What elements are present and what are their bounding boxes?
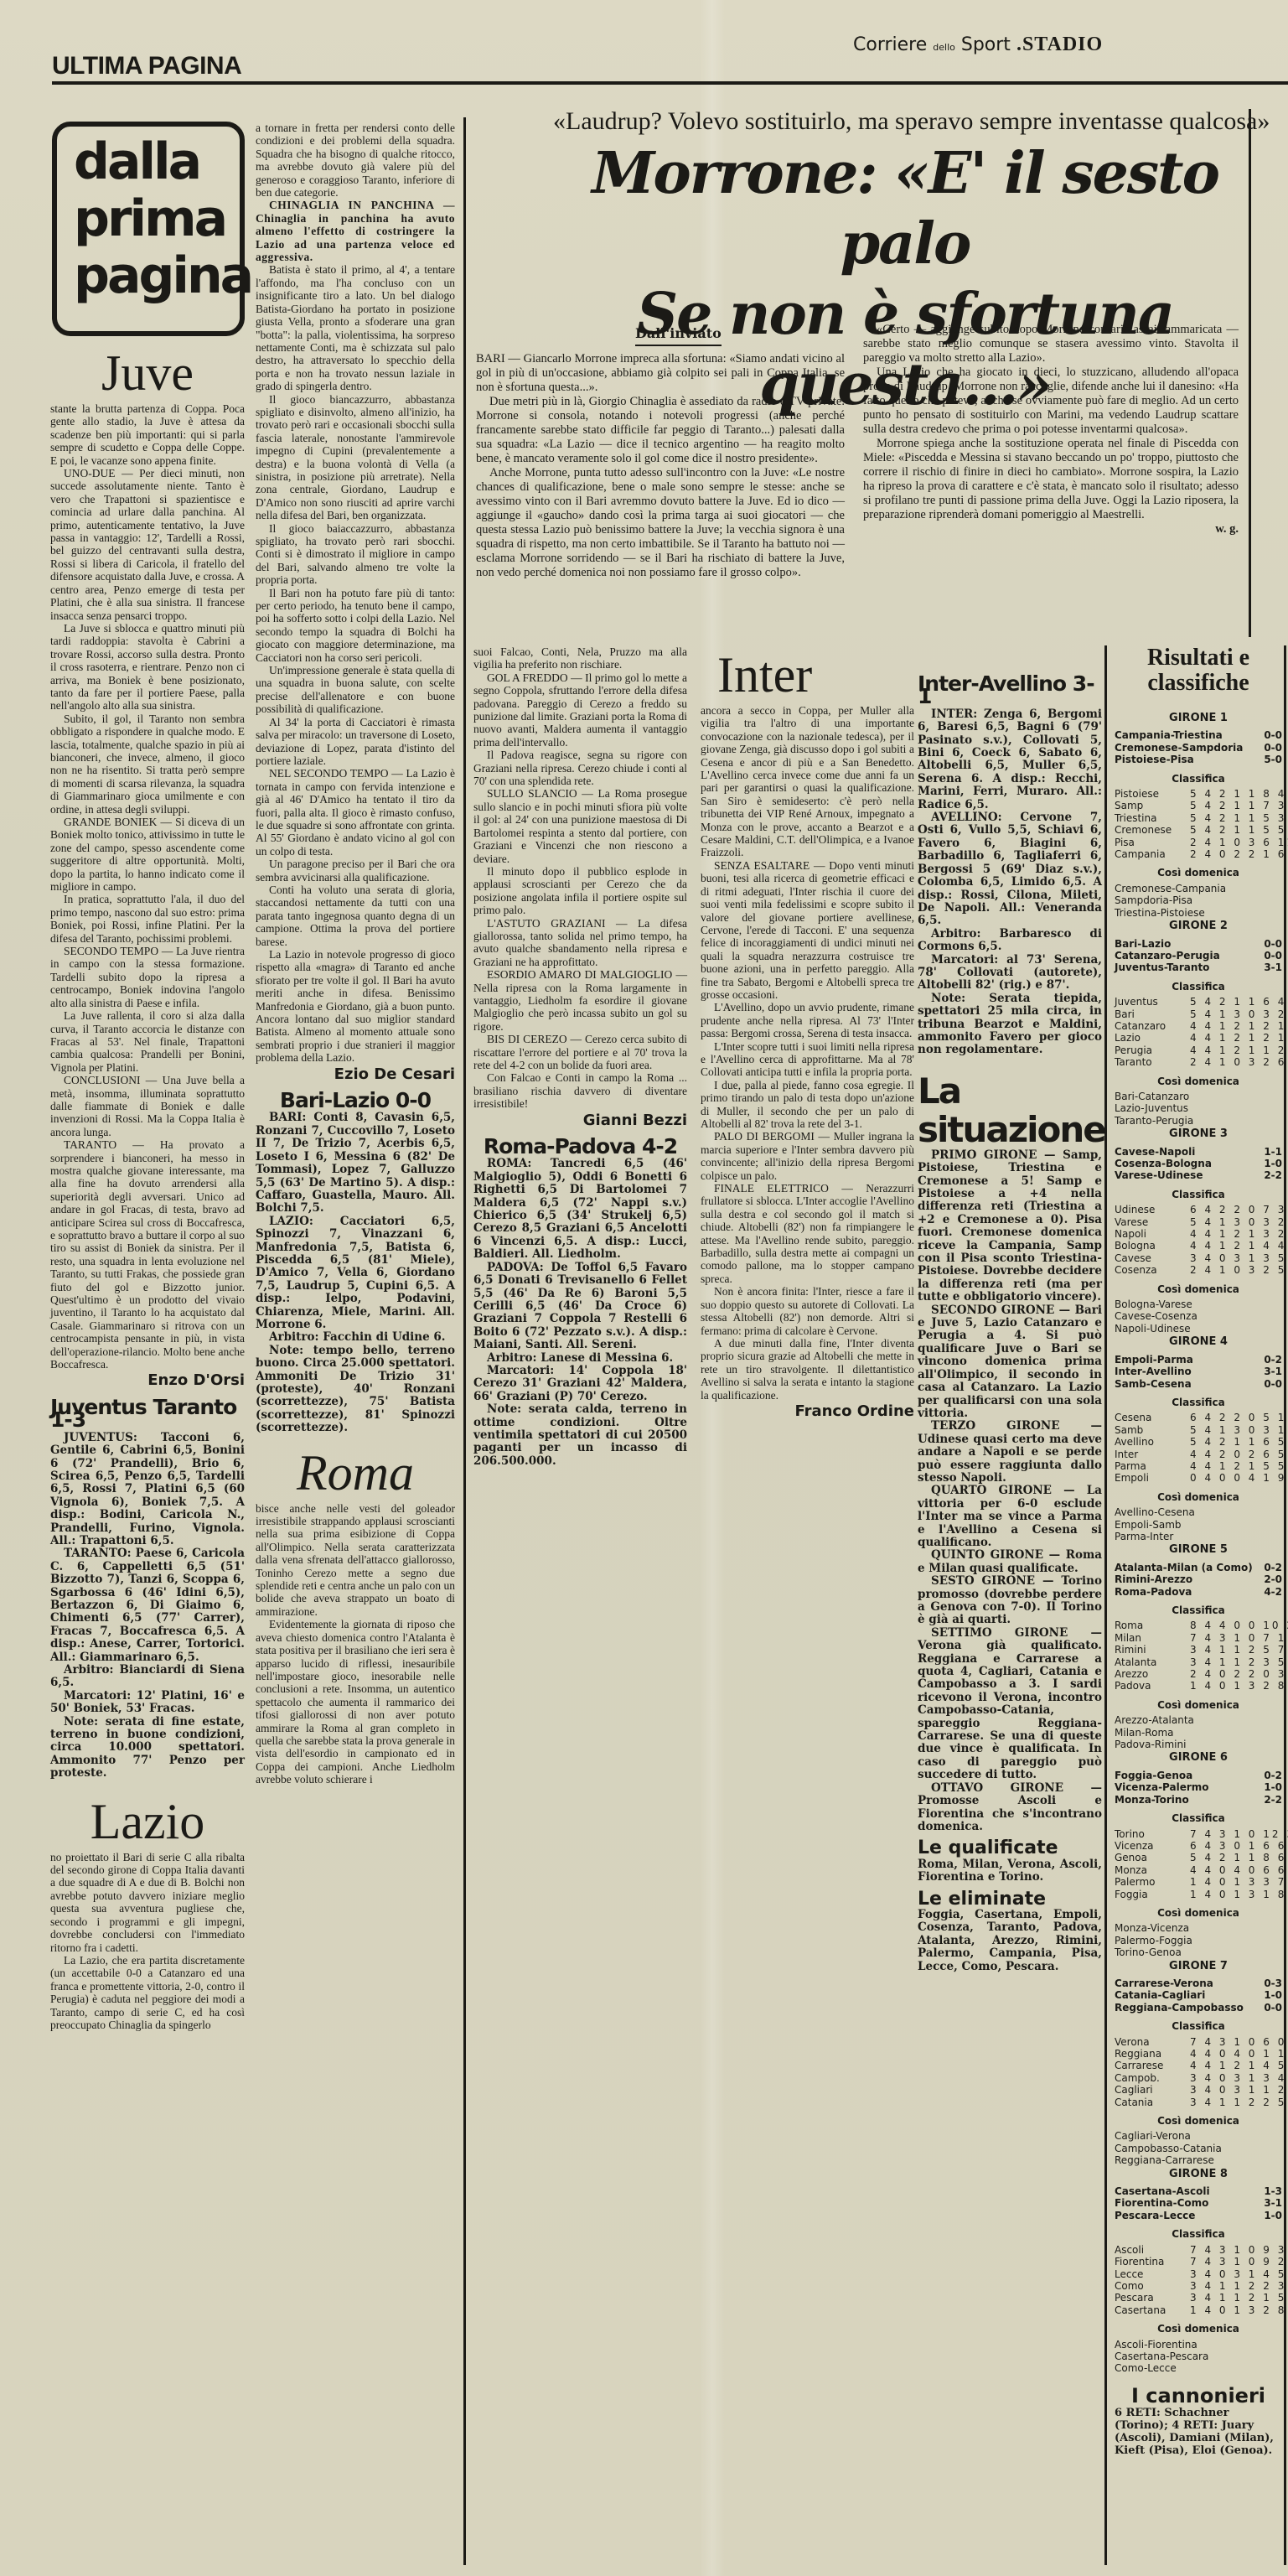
- match-name: Casertana-Ascoli: [1115, 2185, 1210, 2197]
- next-match: Como-Lecce: [1115, 2362, 1282, 2374]
- result-row: Varese-Udinese2-2: [1115, 1169, 1282, 1181]
- girone-summary: SESTO GIRONE — Torino promosso (dovrebbe…: [918, 1575, 1102, 1627]
- result-row: Inter-Avellino3-1: [1115, 1366, 1282, 1377]
- match-name: Vicenza-Palermo: [1115, 1781, 1209, 1793]
- next-match: Palermo-Foggia: [1115, 1935, 1282, 1946]
- title-line: Risultati e: [1119, 645, 1278, 671]
- team-stats: 4 4 0 4 0 6 6: [1190, 1864, 1282, 1876]
- lineup: TARANTO: Paese 6, Caricola C. 6, Cappell…: [50, 1547, 245, 1664]
- girone-block: GIRONE 8Casertana-Ascoli1-3Fiorentina-Co…: [1115, 2169, 1282, 2375]
- inter-column: Inter ancora a secco in Coppa, per Mulle…: [701, 645, 914, 1424]
- standings-row: Cavese3 4 0 3 1 3 5: [1115, 1252, 1282, 1264]
- article-paragraph: FINALE ELETTRICO — Nerazzurri frullatore…: [701, 1182, 914, 1285]
- team-name: Vicenza: [1115, 1840, 1154, 1852]
- box-title: Inter-Avellino 3-1: [918, 677, 1102, 703]
- article-paragraph: L'Inter scopre tutti i suoi limiti nella…: [701, 1040, 914, 1079]
- team-name: Campania: [1115, 848, 1166, 860]
- match-score: 1-3: [1264, 2185, 1282, 2197]
- lineup: LAZIO: Cacciatori 6,5, Spinozzi 7, Vinaz…: [256, 1215, 455, 1332]
- team-name: Perugia: [1115, 1044, 1152, 1056]
- result-row: Bari-Lazio0-0: [1115, 938, 1282, 950]
- team-stats: 2 4 0 2 2 1 6: [1190, 848, 1282, 860]
- inter-title: Inter: [701, 645, 914, 704]
- eliminate-title: Le eliminate: [918, 1893, 1102, 1905]
- girone-block: GIRONE 7Carrarese-Verona0-3Catania-Cagli…: [1115, 1961, 1282, 2167]
- team-stats: 0 4 0 0 4 1 9: [1190, 1472, 1282, 1484]
- team-name: Varese: [1115, 1216, 1148, 1228]
- team-stats: 5 4 2 1 1 5 5: [1190, 824, 1282, 836]
- team-stats: 3 4 0 3 1 4 5: [1190, 2268, 1282, 2280]
- byline: Gianni Bezzi: [473, 1111, 687, 1133]
- story-kicker: «Laudrup? Volevo sostituirlo, ma speravo…: [553, 107, 1270, 136]
- team-stats: 3 4 1 1 2 1 5: [1190, 2292, 1282, 2304]
- result-row: Juventus-Taranto3-1: [1115, 961, 1282, 973]
- main-story-col1: BARI — Giancarlo Morrone impreca alla sf…: [476, 352, 845, 580]
- team-name: Palermo: [1115, 1876, 1156, 1888]
- team-stats: 4 4 1 2 1 5 5: [1190, 1460, 1282, 1472]
- team-stats: 2 4 1 0 3 2 5: [1190, 1264, 1282, 1276]
- classifica-heading: Classifica: [1115, 1397, 1282, 1408]
- standings-row: Catanzaro4 4 1 2 1 2 1: [1115, 1020, 1282, 1032]
- article-paragraph: Un'impressione generale è stata quella d…: [256, 664, 455, 716]
- standings-row: Casertana1 4 0 1 3 2 8: [1115, 2304, 1282, 2316]
- next-match: Campobasso-Catania: [1115, 2143, 1282, 2154]
- column-rule: [1249, 109, 1251, 637]
- next-match: Padova-Rimini: [1115, 1739, 1282, 1750]
- cannonieri-text: 6 RETI: Schachner (Torino); 4 RETI: Juar…: [1115, 2407, 1282, 2457]
- juve-title: Juve: [50, 344, 245, 402]
- newspaper-page: ULTIMA PAGINA Corriere dello Sport .STAD…: [0, 0, 1288, 2576]
- girone-summary: SECONDO GIRONE — Bari e Juve 5, Lazio Ca…: [918, 1304, 1102, 1421]
- standings-row: Udinese6 4 2 2 0 7 3: [1115, 1204, 1282, 1215]
- standings-row: Catania3 4 1 1 2 2 5: [1115, 2097, 1282, 2108]
- team-stats: 5 4 2 1 1 7 3: [1190, 800, 1282, 811]
- match-name: Reggiana-Campobasso: [1115, 2002, 1244, 2014]
- team-stats: 6 4 3 0 1 6 6: [1190, 1840, 1282, 1852]
- team-name: Atalanta: [1115, 1656, 1156, 1668]
- referee: Arbitro: Bianciardi di Siena 6,5.: [50, 1664, 245, 1690]
- next-match: Torino-Genoa: [1115, 1946, 1282, 1958]
- team-name: Como: [1115, 2280, 1144, 2292]
- notes: Note: Serata tiepida, spettatori 25 mila…: [918, 993, 1102, 1057]
- match-name: Inter-Avellino: [1115, 1366, 1192, 1377]
- match-name: Foggia-Genoa: [1115, 1770, 1192, 1781]
- team-stats: 3 4 1 1 2 2 5: [1190, 2097, 1282, 2108]
- dateline: Dall'inviato: [635, 325, 722, 346]
- result-row: Reggiana-Campobasso0-0: [1115, 2002, 1282, 2014]
- result-row: Cavese-Napoli1-1: [1115, 1146, 1282, 1158]
- result-row: Atalanta-Milan (a Como)0-2: [1115, 1562, 1282, 1573]
- team-stats: 5 4 1 3 0 3 2: [1190, 1008, 1282, 1020]
- team-stats: 8 4 4 0 0 10 2: [1190, 1620, 1282, 1631]
- column-rule: [1104, 645, 1107, 2565]
- byline: Franco Ordine: [701, 1402, 914, 1424]
- article-paragraph: Con Falcao e Conti in campo la Roma ... …: [473, 1071, 687, 1110]
- team-stats: 7 4 3 1 0 6 0: [1190, 2036, 1282, 2048]
- standings-row: Torino7 4 3 1 0 12 3: [1115, 1828, 1282, 1840]
- next-round-heading: Così domenica: [1115, 1699, 1282, 1711]
- lineup: BARI: Conti 8, Cavasin 6,5, Ronzani 7, C…: [256, 1112, 455, 1215]
- standings-row: Campania2 4 0 2 2 1 6: [1115, 848, 1282, 860]
- inter-avellino-column: Inter-Avellino 3-1 INTER: Zenga 6, Bergo…: [918, 671, 1102, 1973]
- team-name: Monza: [1115, 1864, 1147, 1876]
- match-name: Catania-Cagliari: [1115, 1989, 1205, 2001]
- match-name: Monza-Torino: [1115, 1794, 1189, 1806]
- team-stats: 5 4 2 1 1 6 4: [1190, 996, 1282, 1008]
- result-row: Rimini-Arezzo2-0: [1115, 1573, 1282, 1585]
- next-match: Sampdoria-Pisa: [1115, 894, 1282, 906]
- match-score: 0-0: [1264, 1378, 1282, 1390]
- result-row: Cremonese-Sampdoria0-0: [1115, 742, 1282, 754]
- situazione-body: PRIMO GIRONE — Samp, Pistoiese, Triestin…: [918, 1149, 1102, 1834]
- article-paragraph: Il gioco baiaccazzurro, abbastanza spigl…: [256, 522, 455, 587]
- standings-row: Padova1 4 0 1 3 2 8: [1115, 1680, 1282, 1692]
- team-name: Torino: [1115, 1828, 1145, 1840]
- girone-block: GIRONE 3Cavese-Napoli1-1Cosenza-Bologna1…: [1115, 1128, 1282, 1335]
- lineup: ROMA: Tancredi 6,5 (46' Malgioglio 5), O…: [473, 1158, 687, 1261]
- article-paragraph: SECONDO TEMPO — La Juve rientra in campo…: [50, 945, 245, 1009]
- standings-row: Carrarese4 4 1 2 1 4 5: [1115, 2060, 1282, 2071]
- team-stats: 1 4 0 1 3 2 8: [1190, 2304, 1282, 2316]
- team-stats: 1 4 0 1 3 2 8: [1190, 1680, 1282, 1692]
- team-name: Pistoiese: [1115, 788, 1159, 800]
- standings-row: Varese5 4 1 3 0 3 2: [1115, 1216, 1282, 1228]
- situazione-title: situazione: [918, 1111, 1102, 1149]
- standings-row: Perugia4 4 1 2 1 1 2: [1115, 1044, 1282, 1056]
- team-name: Roma: [1115, 1620, 1143, 1631]
- article-paragraph: NEL SECONDO TEMPO — La Lazio è tornata i…: [256, 767, 455, 858]
- team-name: Catania: [1115, 2097, 1153, 2108]
- team-stats: 5 4 2 1 1 8 4: [1190, 788, 1282, 800]
- result-row: Campania-Triestina0-0: [1115, 729, 1282, 741]
- article-paragraph: Conti ha voluto una serata di gloria, st…: [256, 884, 455, 948]
- girone-summary: SETTIMO GIRONE — Verona già qualificato.…: [918, 1627, 1102, 1782]
- girone-title: GIRONE 4: [1115, 1336, 1282, 1348]
- classifica-heading: Classifica: [1115, 1189, 1282, 1200]
- article-paragraph: Il gioco biancazzurro, abbastanza spigli…: [256, 393, 455, 522]
- team-stats: 4 4 0 4 0 1 1: [1190, 2048, 1282, 2060]
- result-row: Catanzaro-Perugia0-0: [1115, 950, 1282, 961]
- girone-title: GIRONE 3: [1115, 1128, 1282, 1140]
- team-stats: 4 4 1 2 1 4 4: [1190, 1240, 1282, 1252]
- match-name: Samb-Cesena: [1115, 1378, 1192, 1390]
- result-row: Monza-Torino2-2: [1115, 1794, 1282, 1806]
- team-name: Avellino: [1115, 1436, 1154, 1448]
- scorers: Marcatori: 12' Platini, 16' e 50' Boniek…: [50, 1690, 245, 1716]
- girone-summary: QUARTO GIRONE — La vittoria per 6-0 escl…: [918, 1485, 1102, 1549]
- next-match: Arezzo-Atalanta: [1115, 1714, 1282, 1726]
- standings-row: Arezzo2 4 0 2 2 0 3: [1115, 1668, 1282, 1680]
- scorers: Marcatori: 14' Coppola 18' Cerezo 31' Gr…: [473, 1365, 687, 1403]
- article-paragraph: La Lazio in notevole progresso di gioco …: [256, 948, 455, 1065]
- box-line: prima: [74, 190, 240, 247]
- girone-block: GIRONE 6Foggia-Genoa0-2Vicenza-Palermo1-…: [1115, 1752, 1282, 1958]
- notes: Note: serata calda, terreno in ottime co…: [473, 1403, 687, 1468]
- match-name: Empoli-Parma: [1115, 1354, 1193, 1366]
- next-match: Cavese-Cosenza: [1115, 1310, 1282, 1322]
- girone-block: GIRONE 4Empoli-Parma0-2Inter-Avellino3-1…: [1115, 1336, 1282, 1542]
- next-match: Cremonese-Campania: [1115, 883, 1282, 894]
- team-stats: 7 4 3 1 0 9 2: [1190, 2256, 1282, 2268]
- team-name: Lecce: [1115, 2268, 1143, 2280]
- standings-row: Inter4 4 2 0 2 6 5: [1115, 1449, 1282, 1460]
- masthead-sport: Sport: [961, 34, 1011, 55]
- lineup: JUVENTUS: Tacconi 6, Gentile 6, Cabrini …: [50, 1432, 245, 1548]
- article-paragraph: TARANTO — Ha provato a sorprendere i bia…: [50, 1138, 245, 1371]
- next-match: Lazio-Juventus: [1115, 1102, 1282, 1114]
- juve-column: Juve stante la brutta partenza di Coppa.…: [50, 344, 245, 2031]
- standings-row: Cagliari3 4 0 3 1 1 2: [1115, 2084, 1282, 2096]
- standings-row: Triestina5 4 2 1 1 5 3: [1115, 812, 1282, 824]
- article-paragraph: La Lazio, che era partita discretamente …: [50, 1954, 245, 2031]
- box-roma-padova: Roma-Padova 4-2 ROMA: Tancredi 6,5 (46' …: [473, 1140, 687, 1468]
- standings-row: Campob.3 4 0 3 1 3 4: [1115, 2072, 1282, 2084]
- next-round-heading: Così domenica: [1115, 1491, 1282, 1503]
- match-name: Varese-Udinese: [1115, 1169, 1203, 1181]
- team-stats: 3 4 0 3 1 3 5: [1190, 1252, 1282, 1264]
- match-score: 2-0: [1264, 1573, 1282, 1585]
- article-paragraph: CHINAGLIA IN PANCHINA — Chinaglia in pan…: [256, 199, 455, 263]
- classifica-heading: Classifica: [1115, 2020, 1282, 2032]
- next-match: Cagliari-Verona: [1115, 2130, 1282, 2142]
- next-match: Empoli-Samb: [1115, 1519, 1282, 1531]
- standings-row: Napoli4 4 1 2 1 3 2: [1115, 1228, 1282, 1240]
- team-name: Cremonese: [1115, 824, 1172, 836]
- match-score: 3-1: [1264, 2197, 1282, 2209]
- team-name: Rimini: [1115, 1644, 1146, 1656]
- standings-row: Samp5 4 2 1 1 7 3: [1115, 800, 1282, 811]
- article-paragraph: BARI — Giancarlo Morrone impreca alla sf…: [476, 352, 845, 395]
- qualificate-title: Le qualificate: [918, 1842, 1102, 1854]
- standings-row: Samb5 4 1 3 0 3 1: [1115, 1424, 1282, 1436]
- match-score: 4-2: [1264, 1586, 1282, 1598]
- standings-row: Rimini3 4 1 1 2 5 7: [1115, 1644, 1282, 1656]
- team-stats: 4 4 2 0 2 6 5: [1190, 1449, 1282, 1460]
- team-name: Pisa: [1115, 837, 1135, 848]
- roma-continued-column: suoi Falcao, Conti, Nela, Pruzzo ma alla…: [473, 645, 687, 1468]
- match-name: Campania-Triestina: [1115, 729, 1223, 741]
- article-paragraph: Il Padova reagisce, segna su rigore con …: [473, 749, 687, 787]
- match-score: 2-2: [1264, 1169, 1282, 1181]
- box-line: dalla: [74, 133, 240, 190]
- match-name: Cavese-Napoli: [1115, 1146, 1195, 1158]
- next-round-heading: Così domenica: [1115, 867, 1282, 879]
- next-match: Milan-Roma: [1115, 1727, 1282, 1739]
- girone-summary: PRIMO GIRONE — Samp, Pistoiese, Triestin…: [918, 1149, 1102, 1304]
- team-name: Udinese: [1115, 1204, 1155, 1215]
- team-name: Empoli: [1115, 1472, 1149, 1484]
- girone-summary: TERZO GIRONE — Udinese quasi certo ma de…: [918, 1420, 1102, 1485]
- team-name: Genoa: [1115, 1852, 1147, 1863]
- team-stats: 7 4 3 1 0 7 1: [1190, 1632, 1282, 1644]
- standings-row: Bari5 4 1 3 0 3 2: [1115, 1008, 1282, 1020]
- team-stats: 5 4 2 1 1 6 5: [1190, 1436, 1282, 1448]
- result-row: Carrarese-Verona0-3: [1115, 1977, 1282, 1989]
- article-paragraph: L'Avellino, dopo un avvio prudente, rima…: [701, 1001, 914, 1039]
- article-paragraph: A due minuti dalla fine, l'Inter diventa…: [701, 1337, 914, 1402]
- team-name: Arezzo: [1115, 1668, 1148, 1680]
- result-row: Pistoiese-Pisa5-0: [1115, 754, 1282, 765]
- classifica-heading: Classifica: [1115, 1604, 1282, 1616]
- classifica-heading: Classifica: [1115, 773, 1282, 785]
- scorers: Marcatori: al 73' Serena, 78' Collovati …: [918, 954, 1102, 993]
- match-name: Roma-Padova: [1115, 1586, 1192, 1598]
- match-score: 0-0: [1264, 938, 1282, 950]
- referee: Arbitro: Facchin di Udine 6.: [256, 1331, 455, 1344]
- article-paragraph: a tornare in fretta per rendersi conto d…: [256, 122, 455, 199]
- article-paragraph: Non è ancora finita: l'Inter, riesce a f…: [701, 1285, 914, 1337]
- masthead-corriere: Corriere: [853, 34, 927, 55]
- team-name: Cagliari: [1115, 2084, 1153, 2096]
- girone-summary: QUINTO GIRONE — Roma e Milan quasi quali…: [918, 1549, 1102, 1575]
- girone-title: GIRONE 7: [1115, 1961, 1282, 1972]
- title-line: classifiche: [1119, 671, 1278, 696]
- standings-row: Parma4 4 1 2 1 5 5: [1115, 1460, 1282, 1472]
- box-title: Bari-Lazio 0-0: [256, 1094, 455, 1107]
- referee: Arbitro: Barbaresco di Cormons 6,5.: [918, 928, 1102, 954]
- next-match: Ascoli-Fiorentina: [1115, 2339, 1282, 2351]
- article-paragraph: SULLO SLANCIO — La Roma prosegue sullo s…: [473, 787, 687, 864]
- next-match: Bari-Catanzaro: [1115, 1091, 1282, 1102]
- result-row: Casertana-Ascoli1-3: [1115, 2185, 1282, 2197]
- team-stats: 1 4 0 1 3 1 8: [1190, 1889, 1282, 1900]
- next-match: Avellino-Cesena: [1115, 1506, 1282, 1518]
- team-name: Cesena: [1115, 1412, 1151, 1423]
- cannonieri-title: I cannonieri: [1115, 2390, 1282, 2402]
- team-name: Ascoli: [1115, 2244, 1144, 2256]
- girone-title: GIRONE 2: [1115, 920, 1282, 932]
- team-stats: 7 4 3 1 0 12 3: [1190, 1828, 1282, 1840]
- situazione-header: La situazione: [918, 1072, 1102, 1149]
- lazio-title: Lazio: [50, 1792, 245, 1851]
- match-score: 1-0: [1264, 1781, 1282, 1793]
- box-inter-avellino: Inter-Avellino 3-1 INTER: Zenga 6, Bergo…: [918, 677, 1102, 1057]
- lineup: INTER: Zenga 6, Bergomi 6, Baresi 6,5, B…: [918, 708, 1102, 811]
- column-rule: [463, 117, 466, 2565]
- match-score: 1-0: [1264, 1158, 1282, 1169]
- team-stats: 5 4 1 3 0 3 1: [1190, 1424, 1282, 1436]
- article-paragraph: bisce anche nelle vesti del goleador irr…: [256, 1502, 455, 1619]
- standings-row: Cosenza2 4 1 0 3 2 5: [1115, 1264, 1282, 1276]
- match-name: Bari-Lazio: [1115, 938, 1171, 950]
- standings-row: Milan7 4 3 1 0 7 1: [1115, 1632, 1282, 1644]
- masthead: Corriere dello Sport .STADIO: [853, 34, 1103, 56]
- match-name: Cremonese-Sampdoria: [1115, 742, 1243, 754]
- result-row: Foggia-Genoa0-2: [1115, 1770, 1282, 1781]
- team-stats: 2 4 1 0 3 6 11: [1190, 837, 1282, 848]
- result-row: Roma-Padova4-2: [1115, 1586, 1282, 1598]
- standings-row: Genoa5 4 2 1 1 8 6: [1115, 1852, 1282, 1863]
- girone-block: GIRONE 2Bari-Lazio0-0Catanzaro-Perugia0-…: [1115, 920, 1282, 1127]
- section-header: ULTIMA PAGINA: [52, 52, 241, 80]
- team-name: Taranto: [1115, 1056, 1152, 1068]
- girone-summary: OTTAVO GIRONE — Promosse Ascoli e Fioren…: [918, 1782, 1102, 1834]
- article-paragraph: Evidentemente la giornata di riposo che …: [256, 1618, 455, 1786]
- match-score: 1-1: [1264, 1146, 1282, 1158]
- team-name: Milan: [1115, 1632, 1141, 1644]
- team-name: Bari: [1115, 1008, 1135, 1020]
- article-paragraph: SENZA ESALTARE — Dopo venti minuti buoni…: [701, 859, 914, 1001]
- classifica-heading: Classifica: [1115, 1812, 1282, 1824]
- girone-block: GIRONE 1Campania-Triestina0-0Cremonese-S…: [1115, 713, 1282, 919]
- team-stats: 3 4 0 3 1 1 2: [1190, 2084, 1282, 2096]
- next-match: Casertana-Pescara: [1115, 2351, 1282, 2362]
- article-paragraph: La Juve si sblocca e quattro minuti più …: [50, 622, 245, 713]
- standings-row: Pescara3 4 1 1 2 1 5: [1115, 2292, 1282, 2304]
- match-name: Cosenza-Bologna: [1115, 1158, 1212, 1169]
- team-stats: 3 4 1 1 2 2 3: [1190, 2280, 1282, 2292]
- box-title: Juventus Taranto 1-3: [50, 1401, 245, 1427]
- match-score: 5-0: [1264, 754, 1282, 765]
- box-line: pagina: [74, 247, 240, 304]
- standings-row: Cesena6 4 2 2 0 5 1: [1115, 1412, 1282, 1423]
- team-name: Campob.: [1115, 2072, 1160, 2084]
- article-paragraph: Il minuto dopo il pubblico esplode in ap…: [473, 865, 687, 917]
- box-title: Roma-Padova 4-2: [473, 1140, 687, 1153]
- team-stats: 5 4 1 3 0 3 2: [1190, 1216, 1282, 1228]
- main-story-col2: «Certo — aggiunge subito dopo Morrone co…: [863, 323, 1239, 536]
- result-row: Empoli-Parma0-2: [1115, 1354, 1282, 1366]
- team-name: Padova: [1115, 1680, 1151, 1692]
- article-paragraph: ESORDIO AMARO DI MALGIOGLIO — Nella ripr…: [473, 968, 687, 1033]
- team-name: Samb: [1115, 1424, 1143, 1436]
- standings-row: Empoli0 4 0 0 4 1 9: [1115, 1472, 1282, 1484]
- team-stats: 2 4 1 0 3 2 6: [1190, 1056, 1282, 1068]
- team-stats: 3 4 1 1 2 3 5: [1190, 1656, 1282, 1668]
- team-stats: 2 4 0 2 2 0 3: [1190, 1668, 1282, 1680]
- team-stats: 5 4 2 1 1 8 6: [1190, 1852, 1282, 1863]
- result-row: Fiorentina-Como3-1: [1115, 2197, 1282, 2209]
- classifica-heading: Classifica: [1115, 2228, 1282, 2240]
- masthead-stadio: .STADIO: [1016, 34, 1103, 55]
- match-score: 1-0: [1264, 1989, 1282, 2001]
- standings-row: Pisa2 4 1 0 3 6 11: [1115, 837, 1282, 848]
- result-row: Samb-Cesena0-0: [1115, 1378, 1282, 1390]
- standings-row: Lecce3 4 0 3 1 4 5: [1115, 2268, 1282, 2280]
- article-paragraph: GRANDE BONIEK — Si diceva di un Boniek m…: [50, 816, 245, 893]
- article-paragraph: stante la brutta partenza di Coppa. Poca…: [50, 402, 245, 467]
- standings-row: Avellino5 4 2 1 1 6 5: [1115, 1436, 1282, 1448]
- team-name: Juventus: [1115, 996, 1158, 1008]
- team-name: Inter: [1115, 1449, 1138, 1460]
- team-stats: 4 4 1 2 1 2 1: [1190, 1032, 1282, 1044]
- standings-row: Reggiana4 4 0 4 0 1 1: [1115, 2048, 1282, 2060]
- byline: Ezio De Cesari: [256, 1065, 455, 1087]
- standings-panel: GIRONE 1Campania-Triestina0-0Cremonese-S…: [1115, 711, 1282, 2457]
- article-paragraph: «Certo — aggiunge subito dopo Morrone co…: [863, 323, 1239, 365]
- next-match: Taranto-Perugia: [1115, 1115, 1282, 1127]
- team-stats: 5 4 2 1 1 5 3: [1190, 812, 1282, 824]
- eliminate-list: Foggia, Casertana, Empoli, Cosenza, Tara…: [918, 1909, 1102, 1973]
- notes: Note: tempo bello, terreno buono. Circa …: [256, 1345, 455, 1435]
- next-match: Napoli-Udinese: [1115, 1323, 1282, 1335]
- team-name: Casertana: [1115, 2304, 1166, 2316]
- next-round-heading: Così domenica: [1115, 1907, 1282, 1919]
- standings-row: Atalanta3 4 1 1 2 3 5: [1115, 1656, 1282, 1668]
- match-score: 3-1: [1264, 1366, 1282, 1377]
- next-round-heading: Così domenica: [1115, 2115, 1282, 2127]
- team-stats: 4 4 1 2 1 4 5: [1190, 2060, 1282, 2071]
- team-name: Foggia: [1115, 1889, 1148, 1900]
- referee: Arbitro: Lanese di Messina 6.: [473, 1352, 687, 1365]
- article-paragraph: I due, palla al piede, fanno cosa egregi…: [701, 1079, 914, 1131]
- team-stats: 6 4 2 2 0 5 1: [1190, 1412, 1282, 1423]
- match-name: Atalanta-Milan (a Como): [1115, 1562, 1253, 1573]
- article-paragraph: Al 34' la porta di Cacciatori è rimasta …: [256, 716, 455, 768]
- match-score: 0-2: [1264, 1770, 1282, 1781]
- result-row: Catania-Cagliari1-0: [1115, 1989, 1282, 2001]
- classifica-heading: Classifica: [1115, 981, 1282, 993]
